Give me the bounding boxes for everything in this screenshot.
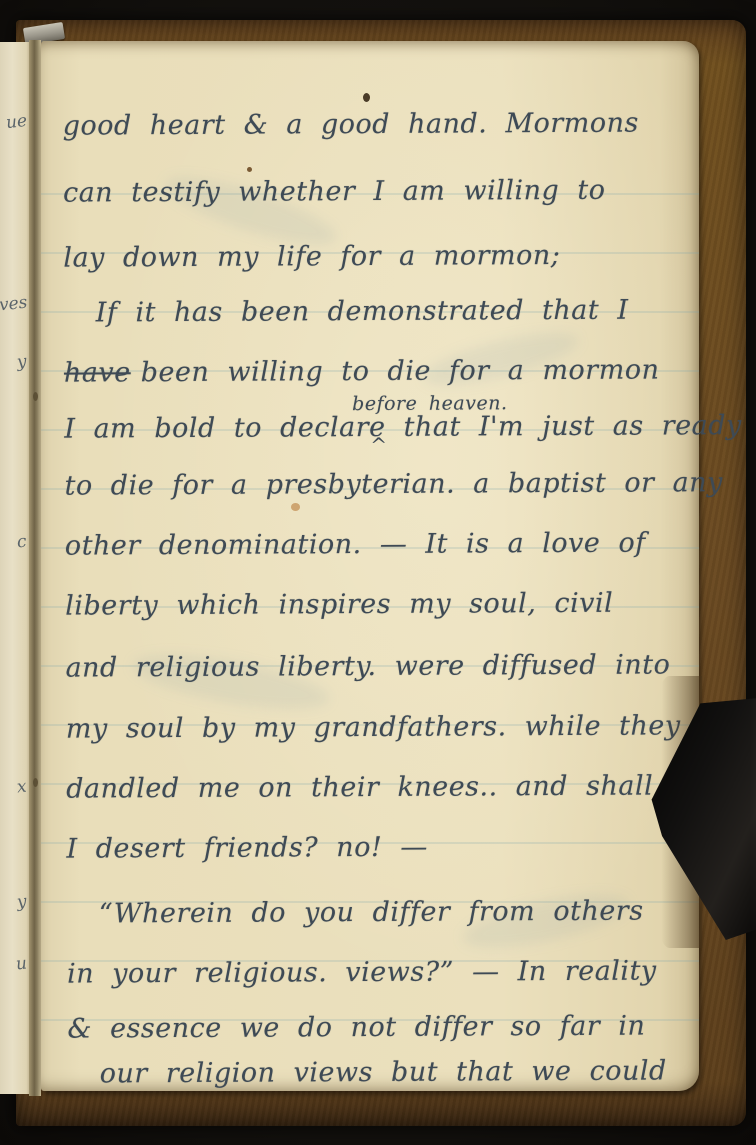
facing-page-text-fragment: x xyxy=(16,777,28,798)
facing-page-text-fragment: ue xyxy=(5,111,28,133)
manuscript-line: havebeen willing to die for a mormon xyxy=(64,354,660,388)
line-text: lay down my life for a mormon; xyxy=(63,240,560,274)
binding-stitch xyxy=(33,392,38,401)
line-text: can testify whether I am willing to xyxy=(63,175,606,209)
line-text: good heart & a good hand. Mormons xyxy=(63,108,639,142)
line-text: If it has been demonstrated that I xyxy=(96,295,629,329)
manuscript-line: “Wherein do you differ from others xyxy=(99,896,644,930)
line-text: other denomination. — It is a love of xyxy=(65,528,646,562)
line-text: our religion views but that we could xyxy=(100,1055,667,1089)
manuscript-line: other denomination. — It is a love of xyxy=(65,528,646,562)
manuscript-line: our religion views but that we could xyxy=(100,1055,667,1089)
manuscript-line: I am bold to declare that I'm just as re… xyxy=(64,410,742,445)
manuscript-line: can testify whether I am willing to xyxy=(63,175,606,209)
line-text: been willing to die for a mormon xyxy=(141,354,660,388)
facing-page-text-fragment: y xyxy=(16,352,28,373)
facing-page-text-fragment: y xyxy=(16,892,28,913)
line-text: liberty which inspires my soul, civil xyxy=(65,588,613,622)
facing-page-text-fragment: u xyxy=(15,953,28,974)
manuscript-line: I desert friends? no! — xyxy=(66,832,428,865)
line-text: & essence we do not differ so far in xyxy=(67,1011,645,1045)
line-text: I am bold to declare that I'm just as re… xyxy=(64,410,742,445)
manuscript-line: good heart & a good hand. Mormons xyxy=(63,108,639,142)
facing-page-text-fragment: c xyxy=(16,532,28,553)
manuscript-line: dandled me on their knees.. and shall xyxy=(66,771,653,805)
manuscript-line: liberty which inspires my soul, civil xyxy=(65,588,613,622)
line-text: my soul by my grandfathers. while they xyxy=(66,710,681,744)
line-text: dandled me on their knees.. and shall xyxy=(66,771,653,805)
manuscript-line: and religious liberty. were diffused int… xyxy=(65,649,670,683)
facing-page-text-fragment: ves xyxy=(0,293,28,316)
journal-page: before heaven. ^ good heart & a good han… xyxy=(41,41,699,1091)
manuscript-line: If it has been demonstrated that I xyxy=(96,295,629,329)
scanned-journal-photo: uevesycxyu before heaven. ^ good heart &… xyxy=(0,0,756,1145)
manuscript-text: before heaven. ^ good heart & a good han… xyxy=(38,39,701,1092)
manuscript-line: in your religious. views?” — In reality xyxy=(67,956,657,990)
line-text: in your religious. views?” — In reality xyxy=(67,956,657,990)
facing-page-edge: uevesycxyu xyxy=(0,42,31,1094)
manuscript-line: & essence we do not differ so far in xyxy=(67,1011,645,1045)
manuscript-line: lay down my life for a mormon; xyxy=(63,240,560,274)
binding-stitch xyxy=(33,778,38,787)
manuscript-line: my soul by my grandfathers. while they xyxy=(66,710,681,744)
manuscript-line: to die for a presbyterian. a baptist or … xyxy=(64,467,722,501)
line-text: and religious liberty. were diffused int… xyxy=(65,649,670,683)
struck-word: have xyxy=(64,357,131,388)
line-text: to die for a presbyterian. a baptist or … xyxy=(64,467,722,501)
line-text: “Wherein do you differ from others xyxy=(99,896,644,930)
line-text: I desert friends? no! — xyxy=(66,832,428,865)
